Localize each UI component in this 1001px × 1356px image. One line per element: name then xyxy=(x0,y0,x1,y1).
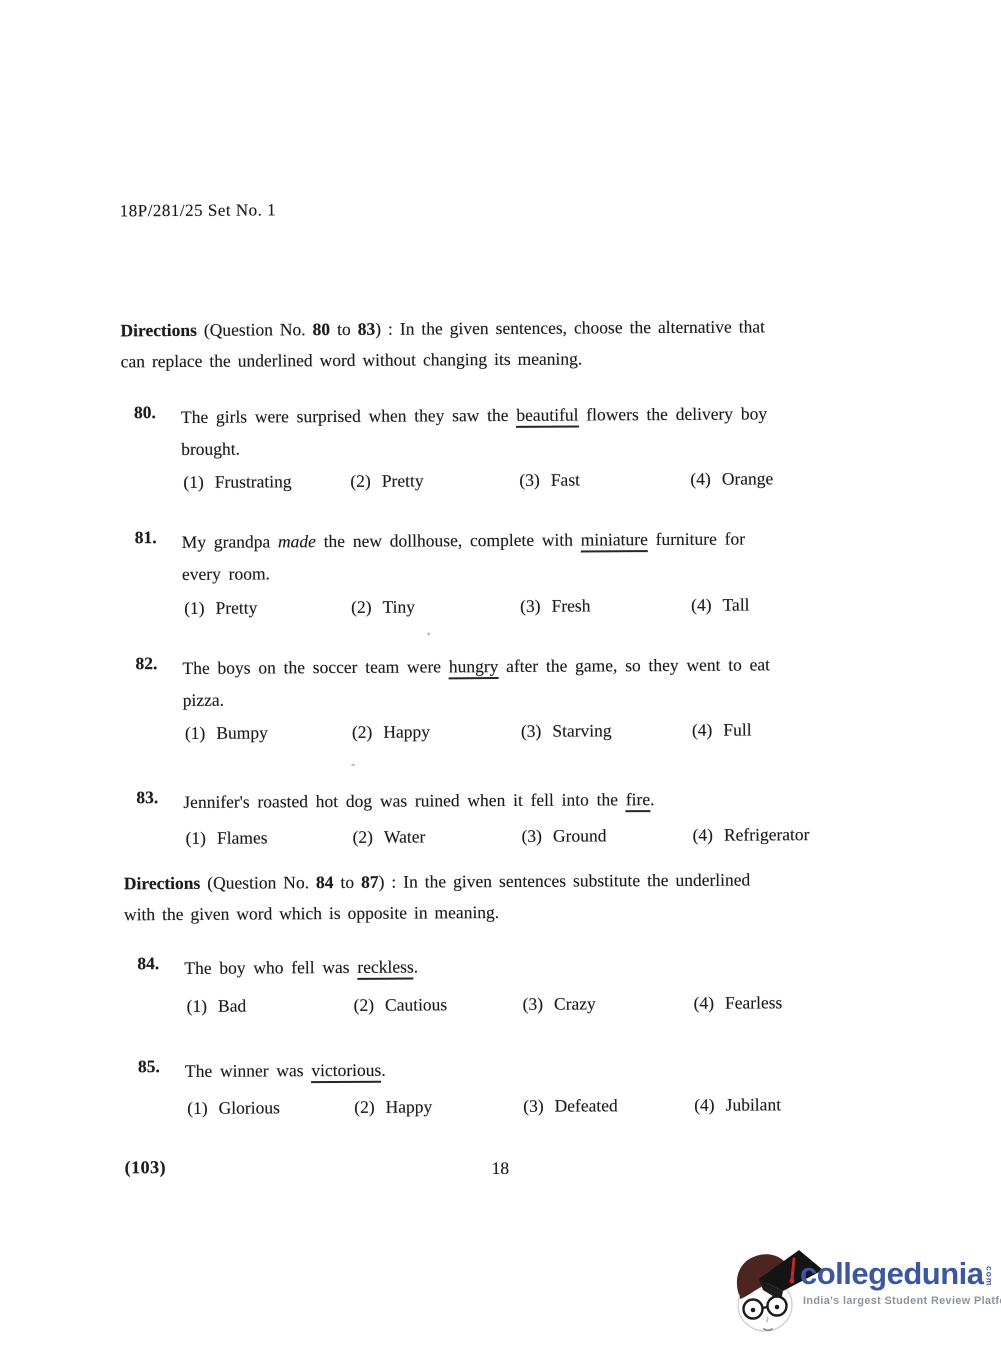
brand-text: collegedunia xyxy=(800,1257,983,1291)
directions-questions-84-87: Directions (Question No. 84 to 87) : In … xyxy=(124,864,751,930)
option-82-2: (2)Happy xyxy=(352,721,430,742)
option-83-2: (2)Water xyxy=(352,826,425,847)
option-84-4: (4)Fearless xyxy=(694,992,783,1014)
option-label: Jubilant xyxy=(726,1094,782,1114)
option-label: Tiny xyxy=(382,597,415,617)
option-label: Crazy xyxy=(554,993,596,1013)
question-82-options: (1)Bumpy (2)Happy (3)Starving (4)Full xyxy=(183,719,893,749)
option-marker: (2) xyxy=(351,597,372,617)
option-82-1: (1)Bumpy xyxy=(185,722,268,744)
option-marker: (2) xyxy=(354,1097,375,1117)
option-marker: (3) xyxy=(523,994,544,1014)
option-80-3: (3)Fast xyxy=(519,470,580,491)
option-80-2: (2)Pretty xyxy=(350,470,423,491)
option-marker: (4) xyxy=(692,720,713,740)
question-80-number: 80. xyxy=(134,402,156,423)
option-label: Fresh xyxy=(551,595,590,615)
option-81-3: (3)Fresh xyxy=(520,595,590,616)
option-marker: (2) xyxy=(350,471,371,491)
scan-artifact xyxy=(351,764,355,766)
option-marker: (4) xyxy=(692,825,713,845)
question-80-options: (1)Frustrating (2)Pretty (3)Fast (4)Oran… xyxy=(181,468,891,498)
option-marker: (3) xyxy=(521,721,542,741)
question-81-number: 81. xyxy=(135,527,157,548)
option-label: Happy xyxy=(386,1096,433,1116)
option-label: Happy xyxy=(383,721,430,741)
option-marker: (1) xyxy=(185,828,206,848)
question-85-options: (1)Glorious (2)Happy (3)Defeated (4)Jubi… xyxy=(185,1094,895,1124)
option-84-3: (3)Crazy xyxy=(523,993,596,1014)
brand-tld: com xyxy=(984,1266,994,1286)
option-marker: (1) xyxy=(187,996,208,1016)
option-label: Bumpy xyxy=(216,722,268,742)
option-84-1: (1)Bad xyxy=(187,996,247,1017)
option-80-1: (1)Frustrating xyxy=(183,471,291,493)
page-number: 18 xyxy=(492,1158,510,1179)
question-82-text: The boys on the soccer team were hungry … xyxy=(182,648,770,716)
option-85-3: (3)Defeated xyxy=(523,1095,618,1117)
option-label: Full xyxy=(723,719,751,739)
option-label: Water xyxy=(384,826,425,846)
option-82-3: (3)Starving xyxy=(521,720,612,742)
question-82-number: 82. xyxy=(135,653,157,674)
option-marker: (2) xyxy=(354,995,375,1015)
directions-questions-80-83: Directions (Question No. 80 to 83) : In … xyxy=(120,311,765,377)
option-85-1: (1)Glorious xyxy=(187,1097,280,1119)
option-label: Glorious xyxy=(219,1097,280,1117)
option-label: Pretty xyxy=(382,470,424,490)
option-marker: (3) xyxy=(520,596,541,616)
paper-code: 18P/281/25 Set No. 1 xyxy=(120,200,277,221)
question-84-number: 84. xyxy=(137,953,159,974)
option-marker: (1) xyxy=(183,472,204,492)
option-85-2: (2)Happy xyxy=(354,1096,432,1117)
option-marker: (4) xyxy=(691,595,712,615)
question-81-options: (1)Pretty (2)Tiny (3)Fresh (4)Tall xyxy=(182,594,892,624)
question-84-options: (1)Bad (2)Cautious (3)Crazy (4)Fearless xyxy=(185,992,895,1022)
option-label: Frustrating xyxy=(215,471,292,491)
question-85-text: The winner was victorious. xyxy=(185,1054,386,1087)
option-83-1: (1)Flames xyxy=(185,827,267,849)
question-83-number: 83. xyxy=(136,787,158,808)
option-83-3: (3)Ground xyxy=(521,825,606,847)
collegedunia-wordmark: collegedunia com xyxy=(800,1257,994,1291)
option-label: Fast xyxy=(551,470,580,490)
question-83-text: Jennifer's roasted hot dog was ruined wh… xyxy=(183,783,654,818)
booklet-code: (103) xyxy=(125,1157,167,1178)
scanned-exam-page: 18P/281/25 Set No. 1 Directions (Questio… xyxy=(0,0,1001,1356)
option-label: Tall xyxy=(722,594,749,614)
option-label: Flames xyxy=(217,827,268,847)
option-label: Ground xyxy=(553,825,607,845)
question-83-options: (1)Flames (2)Water (3)Ground (4)Refriger… xyxy=(183,824,893,854)
option-85-4: (4)Jubilant xyxy=(694,1094,781,1116)
option-marker: (3) xyxy=(521,826,542,846)
option-marker: (4) xyxy=(694,1095,715,1115)
brand-tagline: India's largest Student Review Platform xyxy=(803,1295,1001,1307)
question-85-number: 85. xyxy=(138,1056,160,1077)
question-80-text: The girls were surprised when they saw t… xyxy=(181,397,767,465)
option-marker: (1) xyxy=(185,723,206,743)
option-81-1: (1)Pretty xyxy=(184,597,257,618)
collegedunia-logo: collegedunia com India's largest Student… xyxy=(726,1243,998,1339)
option-label: Defeated xyxy=(555,1095,618,1115)
option-label: Orange xyxy=(722,468,774,488)
option-81-4: (4)Tall xyxy=(691,594,750,615)
option-marker: (3) xyxy=(519,470,540,490)
option-marker: (2) xyxy=(352,722,373,742)
option-label: Cautious xyxy=(385,994,447,1014)
option-marker: (4) xyxy=(690,469,711,489)
option-label: Fearless xyxy=(725,992,782,1012)
option-label: Refrigerator xyxy=(724,824,810,845)
option-marker: (3) xyxy=(523,1096,544,1116)
option-81-2: (2)Tiny xyxy=(351,597,415,618)
option-80-4: (4)Orange xyxy=(690,468,773,490)
question-81-text: My grandpa made the new dollhouse, compl… xyxy=(182,523,746,590)
option-label: Bad xyxy=(218,996,246,1016)
option-label: Pretty xyxy=(215,597,257,617)
scan-artifact xyxy=(427,632,430,635)
option-marker: (4) xyxy=(694,993,715,1013)
option-84-2: (2)Cautious xyxy=(354,994,448,1016)
option-label: Starving xyxy=(552,720,611,740)
question-84-text: The boy who fell was reckless. xyxy=(184,951,418,984)
option-marker: (2) xyxy=(352,827,373,847)
option-83-4: (4)Refrigerator xyxy=(692,824,809,846)
option-marker: (1) xyxy=(187,1098,208,1118)
option-marker: (1) xyxy=(184,598,205,618)
option-82-4: (4)Full xyxy=(692,719,752,740)
